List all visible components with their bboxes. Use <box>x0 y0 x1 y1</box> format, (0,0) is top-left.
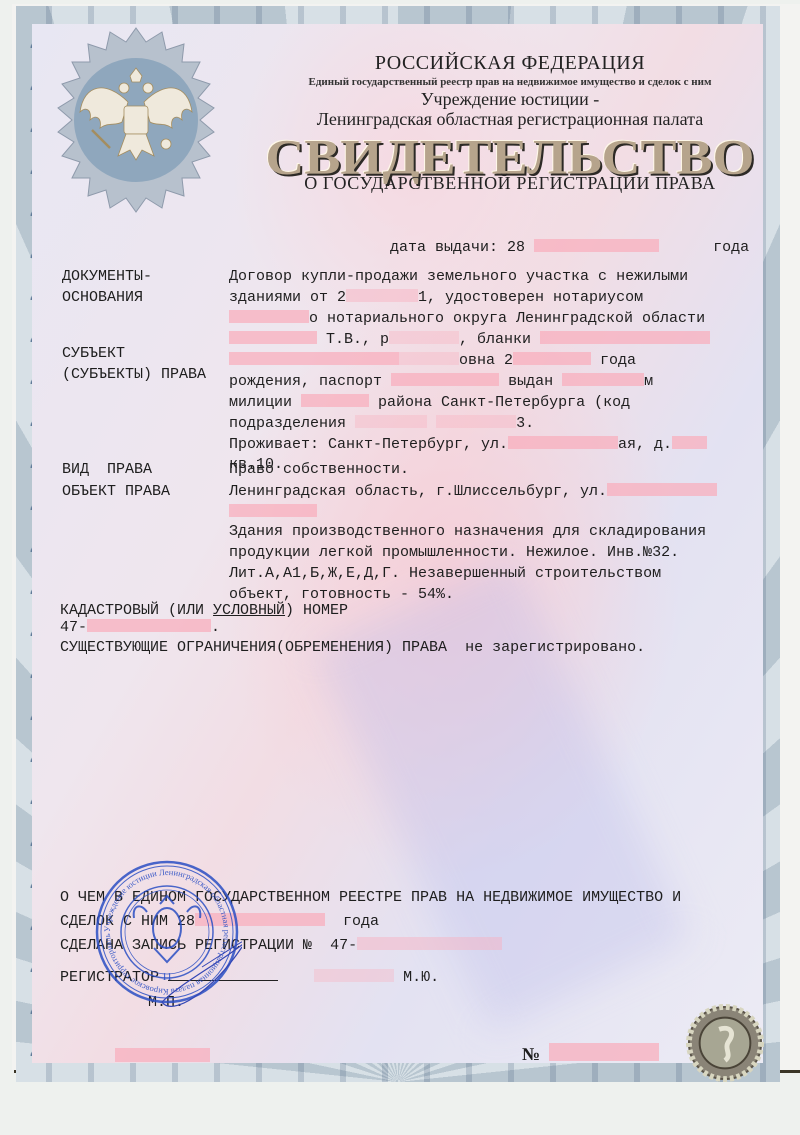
subject-line-1: овна 2 года <box>229 350 636 371</box>
redacted-record-number <box>357 937 502 950</box>
subject-line-2: рождения, паспорт выдан м <box>229 371 653 392</box>
issue-date-label: дата выдачи: <box>390 239 498 256</box>
text: выдан <box>508 373 553 390</box>
coat-of-arms-emblem <box>36 18 236 218</box>
text: 1, удостоверен нотариусом <box>418 289 643 306</box>
basis-documents-line-3: о нотариального округа Ленинградской обл… <box>229 308 705 329</box>
right-object-desc-2: продукции легкой промышленности. Нежилое… <box>229 542 679 563</box>
text: подразделения <box>229 415 346 432</box>
registry-heading: Единый государственный реестр прав на не… <box>260 76 760 88</box>
redacted-street <box>508 436 618 449</box>
text: 47- <box>60 619 87 636</box>
country-heading: РОССИЙСКАЯ ФЕДЕРАЦИЯ <box>260 52 760 75</box>
document-subtitle: О ГОСУДАРСТВЕННОЙ РЕГИСТРАЦИИ ПРАВА <box>260 173 760 194</box>
redacted-blank-numbers <box>540 331 710 344</box>
right-object-desc-1: Здания производственного назначения для … <box>229 521 706 542</box>
blank-number: № <box>522 1043 659 1067</box>
conditional-underlined: УСЛОВНЫЙ <box>213 602 285 619</box>
text: Ленинградская область, г.Шлиссельбург, у… <box>229 483 607 500</box>
redacted-birth-date <box>513 352 591 365</box>
redacted-division-code <box>355 415 427 428</box>
basis-documents-line-4: Т.В., р, бланки <box>229 329 710 350</box>
encumbrances-line: СУЩЕСТВУЮЩИЕ ОГРАНИЧЕНИЯ(ОБРЕМЕНЕНИЯ) ПР… <box>60 637 645 658</box>
redacted-registrar-surname <box>314 969 394 982</box>
record-number-prefix: 47- <box>330 937 357 954</box>
text: Т.В., р <box>326 331 389 348</box>
redacted-blank-series <box>115 1048 210 1062</box>
text: ая, д. <box>618 436 672 453</box>
institution-heading: Учреждение юстиции - <box>260 89 760 110</box>
redacted-district <box>301 394 369 407</box>
redacted-passport-issuer <box>562 373 644 386</box>
official-seal-stamp: 11 Учреждение юстиции Ленинградская обла… <box>92 852 242 1012</box>
basis-documents-label-2: ОСНОВАНИЯ <box>62 287 143 308</box>
basis-documents-label-1: ДОКУМЕНТЫ- <box>62 266 152 287</box>
redacted-notary-district <box>229 310 309 323</box>
encumbrances-value: не зарегистрировано. <box>465 639 645 656</box>
subject-line-5: Проживает: Санкт-Петербург, ул.ая, д. <box>229 434 707 455</box>
redacted-passport-number <box>391 373 499 386</box>
text: года <box>600 352 636 369</box>
text: ) НОМЕР <box>285 602 348 619</box>
registrar-initials: М.Ю. <box>403 969 439 986</box>
redacted-date <box>346 289 418 302</box>
text: района Санкт-Петербурга (код <box>378 394 630 411</box>
issue-date-day: 28 <box>507 239 525 256</box>
blank-series <box>115 1047 210 1068</box>
right-object-label: ОБЪЕКТ ПРАВА <box>62 481 170 502</box>
text: овна 2 <box>459 352 513 369</box>
redacted-issue-date <box>436 415 516 428</box>
text: 3. <box>516 415 534 432</box>
text: зданиями от 2 <box>229 289 346 306</box>
redacted-owner-name <box>229 352 399 365</box>
subject-label-2: (СУБЪЕКТЫ) ПРАВА <box>62 364 206 385</box>
encumbrances-label: СУЩЕСТВУЮЩИЕ ОГРАНИЧЕНИЯ(ОБРЕМЕНЕНИЯ) ПР… <box>60 639 447 656</box>
subject-label-1: СУБЪЕКТ <box>62 343 125 364</box>
hologram-seal <box>686 1003 764 1083</box>
right-type-value: Право собственности. <box>229 459 409 480</box>
right-object-address: Ленинградская область, г.Шлиссельбург, у… <box>229 481 717 502</box>
redacted-blank-number <box>549 1043 659 1061</box>
redacted-notary-name <box>229 331 317 344</box>
basis-documents-line-1: Договор купли-продажи земельного участка… <box>229 266 688 287</box>
text: . <box>211 619 220 636</box>
text: , бланки <box>459 331 531 348</box>
redacted-month <box>534 239 659 252</box>
chamber-heading: Ленинградская областная регистрационная … <box>260 109 760 130</box>
issue-date: дата выдачи: 28 года <box>390 237 749 258</box>
right-object-desc-3: Лит.А,А1,Б,Ж,Е,Д,Г. Незавершенный строит… <box>229 563 661 584</box>
text: Проживает: Санкт-Петербург, ул. <box>229 436 508 453</box>
basis-documents-line-2: зданиями от 21, удостоверен нотариусом <box>229 287 643 308</box>
subject-line-3: милиции района Санкт-Петербурга (код <box>229 392 630 413</box>
redacted-object-street <box>607 483 717 496</box>
redacted-reg-number <box>389 331 459 344</box>
text: м <box>644 373 653 390</box>
subject-line-4: подразделения 3. <box>229 413 534 434</box>
number-sign: № <box>522 1044 540 1064</box>
svg-text:11: 11 <box>162 971 173 983</box>
redacted-house <box>672 436 707 449</box>
text: рождения, паспорт <box>229 373 382 390</box>
right-type-label: ВИД ПРАВА <box>62 459 152 480</box>
text: года <box>343 913 379 930</box>
cadastral-number-value: 47-. <box>60 617 220 638</box>
text: о нотариального округа Ленинградской обл… <box>309 310 705 327</box>
redacted-object-house <box>229 504 317 517</box>
text: милиции <box>229 394 292 411</box>
issue-date-suffix: года <box>713 239 749 256</box>
redacted-patronymic <box>399 352 459 365</box>
redacted-cadastral-number <box>87 619 211 632</box>
